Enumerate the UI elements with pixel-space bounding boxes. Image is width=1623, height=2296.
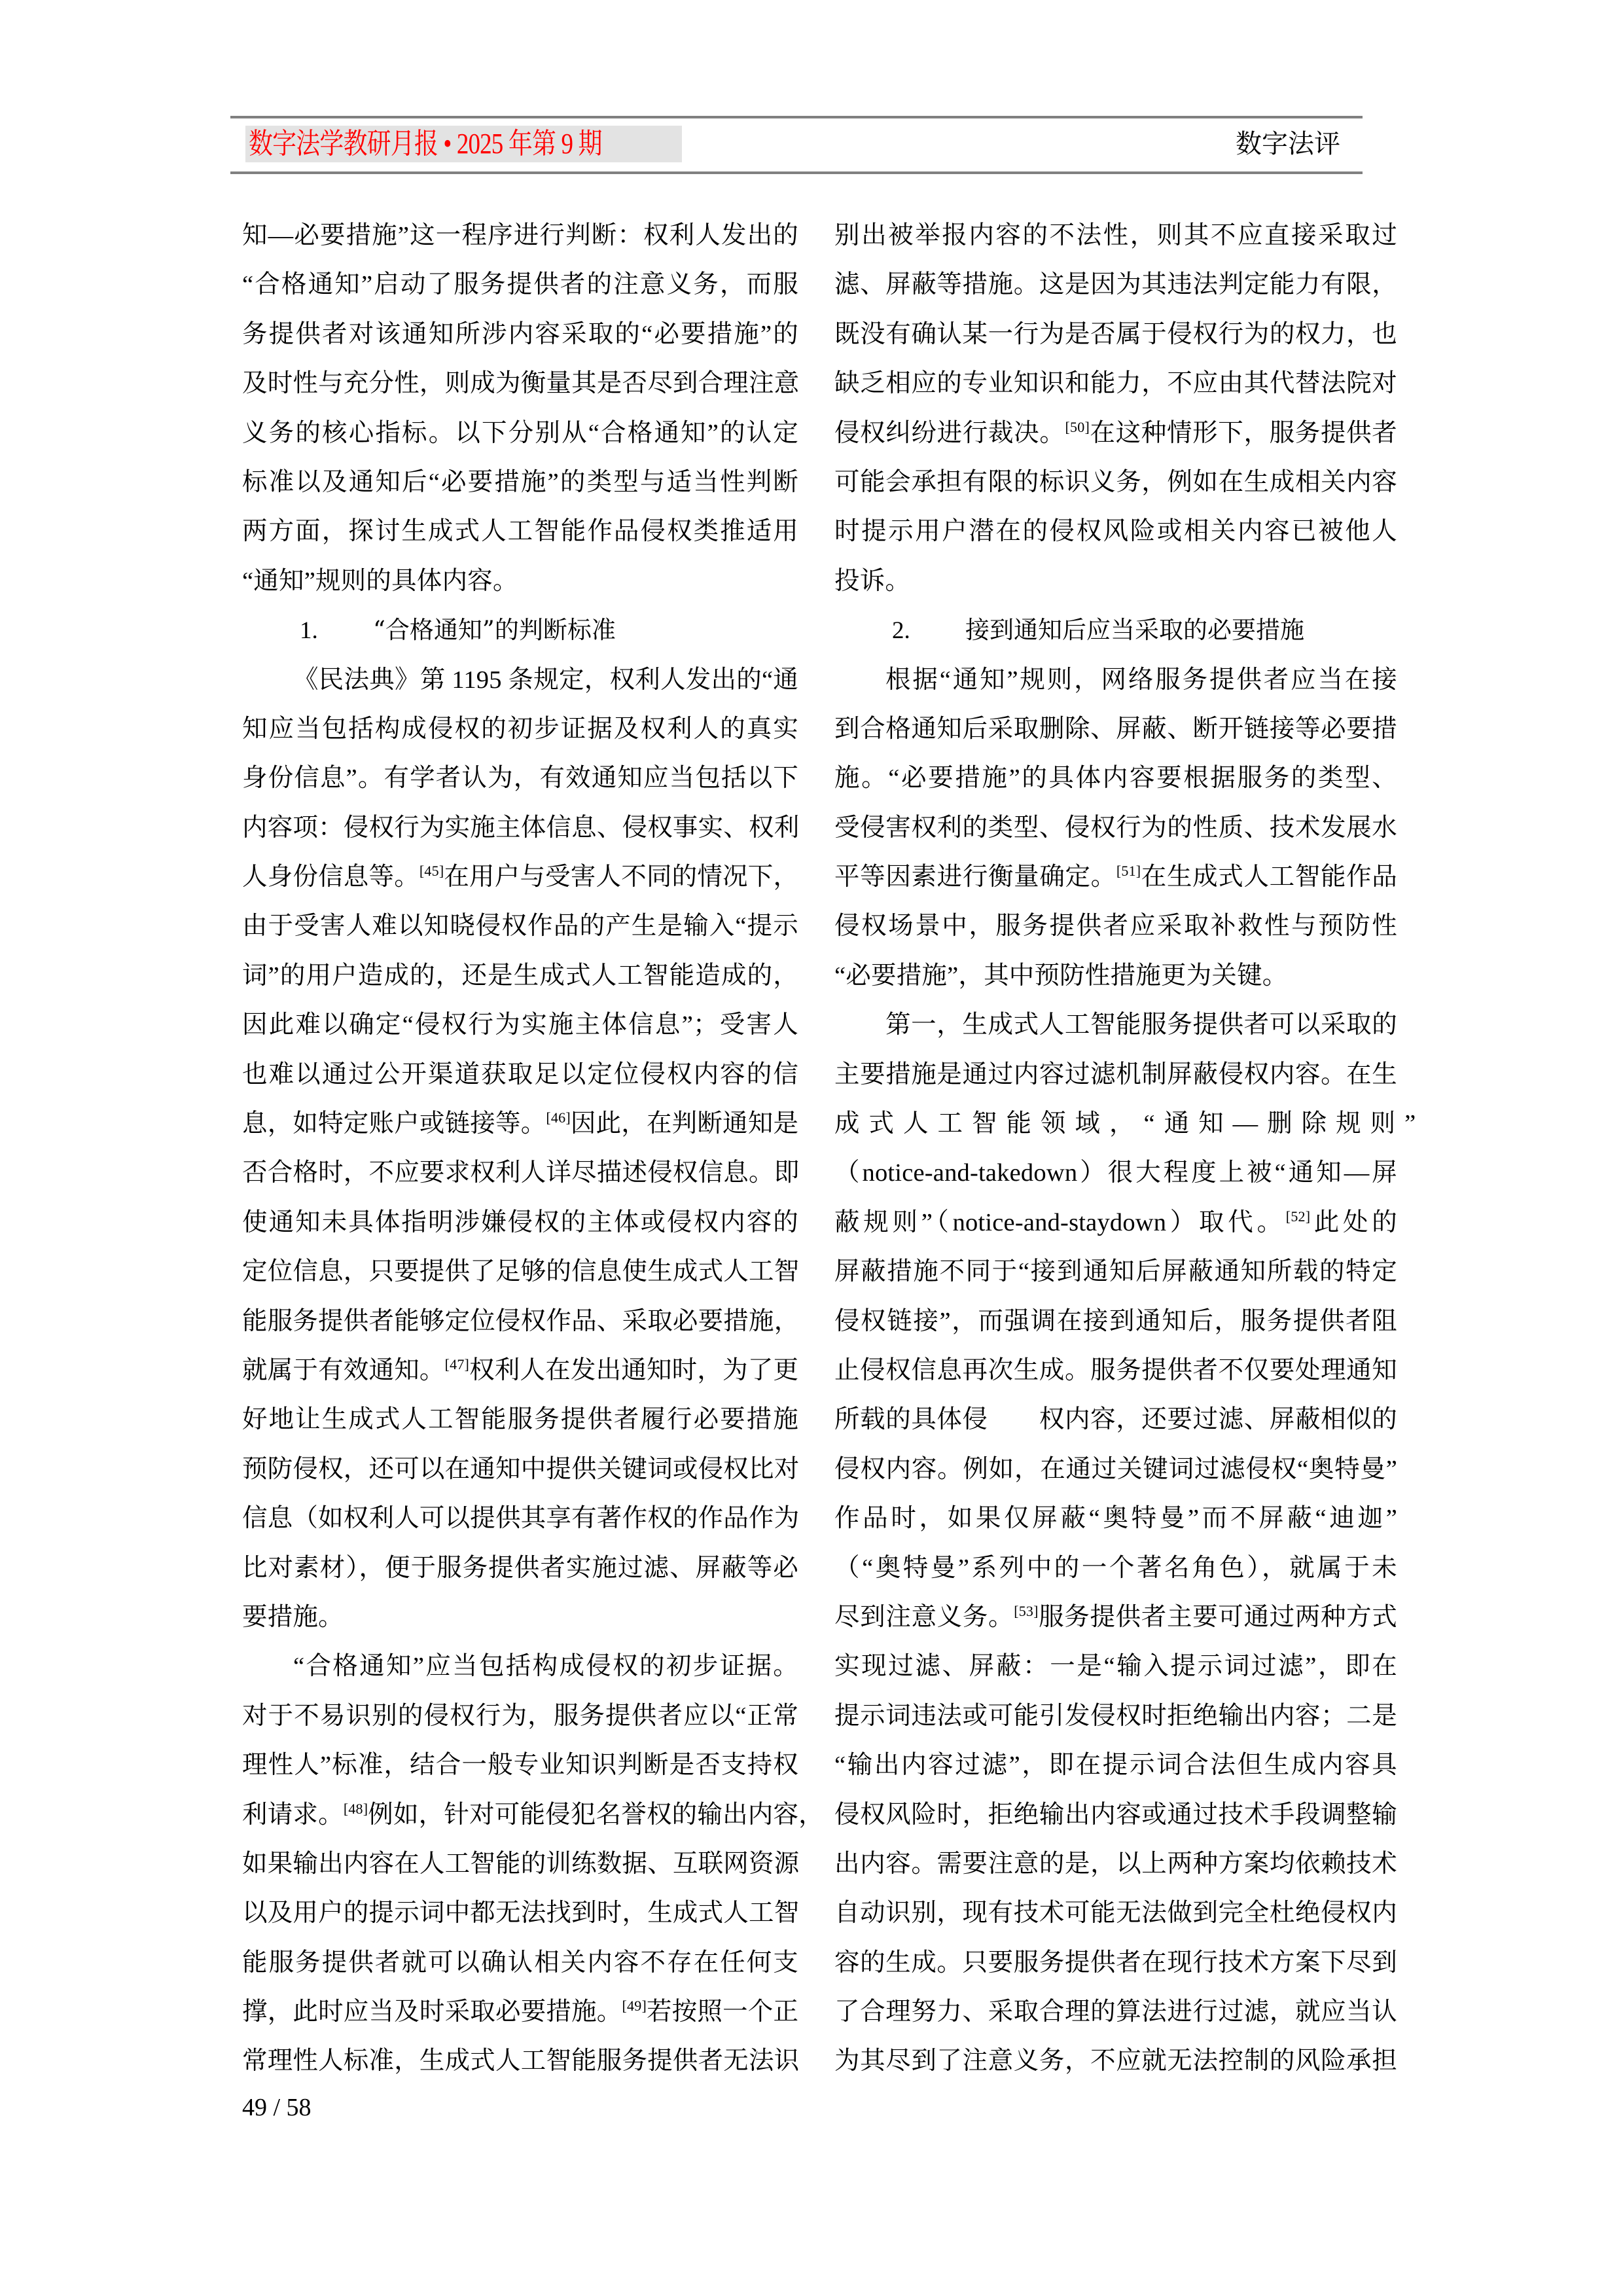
heading-title: 接到通知后应当采取的必要措施 <box>965 616 1304 644</box>
text-line: 常理性人标准，生成式人工智能服务提供者无法识 <box>242 2043 798 2092</box>
text-line: 就属于有效通知。[47]权利人在发出通知时，为了更 <box>242 1352 798 1401</box>
text-line: 为其尽到了注意义务，不应就无法控制的风险承担 <box>834 2043 1397 2092</box>
text-line: 两方面，探讨生成式人工智能作品侵权类推适用 <box>242 513 798 562</box>
text-line: 撑，此时应当及时采取必要措施。[49]若按照一个正 <box>242 1994 798 2043</box>
text-line: （notice-and-takedown）很大程度上被“通知—屏 <box>834 1155 1397 1204</box>
text-span: 若按照一个正 <box>647 1998 798 2026</box>
text-span: 撑，此时应当及时采取必要措施。 <box>242 1998 622 2026</box>
text-line: 以及用户的提示词中都无法找到时，生成式人工智 <box>242 1895 798 1944</box>
text-line: 尽到注意义务。[53]服务提供者主要可通过两种方式 <box>834 1599 1397 1648</box>
text-span: 就属于有效通知。 <box>242 1357 445 1384</box>
text-line: 及时性与充分性，则成为衡量其是否尽到合理注意 <box>242 365 798 414</box>
text-line: 要措施。 <box>242 1599 798 1648</box>
text-span: 在用户与受害人不同的情况下， <box>444 863 798 891</box>
heading-number: 2. <box>892 613 965 649</box>
page-number: 49 / 58 <box>242 2093 312 2122</box>
text-span: 蔽规则”（notice-and-staydown）取代。 <box>834 1209 1286 1236</box>
text-line: 平等因素进行衡量确定。[51]在生成式人工智能作品 <box>834 859 1397 908</box>
text-span: 息，如特定账户或链接等。 <box>242 1110 546 1138</box>
text-line: “通知”规则的具体内容。 <box>242 563 798 612</box>
text-span: 在生成式人工智能作品 <box>1141 863 1397 891</box>
text-line: 务提供者对该通知所涉内容采取的“必要措施”的 <box>242 316 798 365</box>
text-line: 息，如特定账户或链接等。[46]因此，在判断通知是 <box>242 1105 798 1155</box>
text-line: 身份信息”。有学者认为，有效通知应当包括以下 <box>242 760 798 809</box>
text-line: 第一，生成式人工智能服务提供者可以采取的 <box>834 1007 1397 1056</box>
text-line: 侵权场景中，服务提供者应采取补救性与预防性 <box>834 908 1397 957</box>
text-span: 此处的 <box>1310 1209 1397 1236</box>
text-line: 实现过滤、屏蔽：一是“输入提示词过滤”，即在 <box>834 1648 1397 1697</box>
text-line: 作品时，如果仅屏蔽“奥特曼”而不屏蔽“迪迦” <box>834 1500 1397 1549</box>
section-name: 数字法评 <box>1236 126 1340 162</box>
text-line: 内容项：侵权行为实施主体信息、侵权事实、权利 <box>242 810 798 859</box>
text-line: 知应当包括构成侵权的初步证据及权利人的真实 <box>242 711 798 760</box>
text-line: 出内容。需要注意的是，以上两种方案均依赖技术 <box>834 1846 1397 1895</box>
section-heading-1: 1.“合格通知”的判断标准 <box>242 612 798 661</box>
journal-title: 数字法学教研月报 • 2025 年第 9 期 <box>249 126 602 162</box>
text-line: 如果输出内容在人工智能的训练数据、互联网资源 <box>242 1846 798 1895</box>
footnote-ref-49[interactable]: [49] <box>622 1998 647 2014</box>
text-span: 在这种情形下，服务提供者 <box>1090 420 1397 447</box>
footnote-ref-53[interactable]: [53] <box>1014 1603 1038 1619</box>
text-span: 权利人在发出通知时，为了更 <box>469 1357 798 1384</box>
header-bottom-rule <box>230 171 1363 174</box>
text-line: 否合格时，不应要求权利人详尽描述侵权信息。即 <box>242 1155 798 1204</box>
text-line: 理性人”标准，结合一般专业知识判断是否支持权 <box>242 1747 798 1796</box>
text-line: 侵权内容。例如，在通过关键词过滤侵权“奥特曼” <box>834 1451 1397 1500</box>
text-line: 《民法典》第 1195 条规定，权利人发出的“通 <box>242 662 798 711</box>
text-line: 能服务提供者能够定位侵权作品、采取必要措施， <box>242 1303 798 1352</box>
text-line: 定位信息，只要提供了足够的信息使生成式人工智 <box>242 1253 798 1302</box>
footnote-ref-48[interactable]: [48] <box>344 1801 368 1817</box>
text-line: 止侵权信息再次生成。服务提供者不仅要处理通知 <box>834 1352 1397 1401</box>
footnote-ref-46[interactable]: [46] <box>546 1109 570 1126</box>
footnote-ref-52[interactable]: [52] <box>1286 1208 1310 1225</box>
text-line: 信息（如权利人可以提供其享有著作权的作品作为 <box>242 1500 798 1549</box>
text-line: 也难以通过公开渠道获取足以定位侵权内容的信 <box>242 1056 798 1105</box>
heading-number: 1. <box>300 613 373 649</box>
header-top-rule <box>230 116 1363 118</box>
text-line: 词”的用户造成的，还是生成式人工智能造成的， <box>242 958 798 1007</box>
text-line: 侵权风险时，拒绝输出内容或通过技术手段调整输 <box>834 1797 1397 1846</box>
text-line: 知—必要措施”这一程序进行判断：权利人发出的 <box>242 217 798 266</box>
text-line: 侵权链接”，而强调在接到通知后，服务提供者阻 <box>834 1303 1397 1352</box>
text-span: 例如，针对可能侵犯名誉权的输出内容， <box>368 1801 824 1829</box>
text-line: 受侵害权利的类型、侵权行为的性质、技术发展水 <box>834 810 1397 859</box>
text-line: 容的生成。只要服务提供者在现行技术方案下尽到 <box>834 1945 1397 1994</box>
footnote-ref-51[interactable]: [51] <box>1116 863 1141 879</box>
text-line: 主要措施是通过内容过滤机制屏蔽侵权内容。在生 <box>834 1056 1397 1105</box>
text-line: “输出内容过滤”，即在提示词合法但生成内容具 <box>834 1747 1397 1796</box>
text-line: 可能会承担有限的标识义务，例如在生成相关内容 <box>834 464 1397 513</box>
text-line: 自动识别，现有技术可能无法做到完全杜绝侵权内 <box>834 1895 1397 1944</box>
text-span: 人身份信息等。 <box>242 863 419 891</box>
text-line: “合格通知”启动了服务提供者的注意义务，而服 <box>242 266 798 315</box>
text-line: 根据“通知”规则，网络服务提供者应当在接 <box>834 662 1397 711</box>
left-column: 知—必要措施”这一程序进行判断：权利人发出的 “合格通知”启动了服务提供者的注意… <box>242 217 798 2092</box>
footnote-ref-47[interactable]: [47] <box>445 1356 469 1372</box>
text-line: 时提示用户潜在的侵权风险或相关内容已被他人 <box>834 513 1397 562</box>
footnote-ref-50[interactable]: [50] <box>1065 419 1090 435</box>
text-line: 到合格通知后采取删除、屏蔽、断开链接等必要措 <box>834 711 1397 760</box>
text-span: 平等因素进行衡量确定。 <box>834 863 1116 891</box>
text-span: 侵权纠纷进行裁决。 <box>834 420 1065 447</box>
text-line: （“奥特曼”系列中的一个著名角色），就属于未 <box>834 1550 1397 1599</box>
text-line: 侵权纠纷进行裁决。[50]在这种情形下，服务提供者 <box>834 415 1397 464</box>
text-span: 利请求。 <box>242 1801 344 1829</box>
text-span: 尽到注意义务。 <box>834 1604 1014 1631</box>
text-line: 义务的核心指标。以下分别从“合格通知”的认定 <box>242 415 798 464</box>
text-line: “合格通知”应当包括构成侵权的初步证据。 <box>242 1648 798 1697</box>
text-line: 滤、屏蔽等措施。这是因为其违法判定能力有限， <box>834 266 1397 315</box>
text-line: 因此难以确定“侵权行为实施主体信息”；受害人 <box>242 1007 798 1056</box>
text-line: 对于不易识别的侵权行为，服务提供者应以“正常 <box>242 1698 798 1747</box>
text-line: 使通知未具体指明涉嫌侵权的主体或侵权内容的 <box>242 1204 798 1253</box>
text-line: 能服务提供者就可以确认相关内容不存在任何支 <box>242 1945 798 1994</box>
text-line: 提示词违法或可能引发侵权时拒绝输出内容；二是 <box>834 1698 1397 1747</box>
text-line: 施。“必要措施”的具体内容要根据服务的类型、 <box>834 760 1397 809</box>
text-line: 缺乏相应的专业知识和能力，不应由其代替法院对 <box>834 365 1397 414</box>
text-line: 由于受害人难以知晓侵权作品的产生是输入“提示 <box>242 908 798 957</box>
text-line: 蔽规则”（notice-and-staydown）取代。[52]此处的 <box>834 1204 1397 1253</box>
text-line: 预防侵权，还可以在通知中提供关键词或侵权比对 <box>242 1451 798 1500</box>
text-span: 服务提供者主要可通过两种方式 <box>1039 1604 1397 1631</box>
text-line: 既没有确认某一行为是否属于侵权行为的权力，也 <box>834 316 1397 365</box>
text-span: 因此，在判断通知是 <box>571 1110 798 1138</box>
text-line: 成式人工智能领域，“通知—删除规则” <box>834 1105 1397 1155</box>
text-line: 投诉。 <box>834 563 1397 612</box>
footnote-ref-45[interactable]: [45] <box>419 863 444 879</box>
text-line: 别出被举报内容的不法性，则其不应直接采取过 <box>834 217 1397 266</box>
text-line: 了合理努力、采取合理的算法进行过滤，就应当认 <box>834 1994 1397 2043</box>
text-line: 比对素材），便于服务提供者实施过滤、屏蔽等必 <box>242 1550 798 1599</box>
text-line: 所载的具体侵 权内容，还要过滤、屏蔽相似的 <box>834 1401 1397 1450</box>
text-line: 利请求。[48]例如，针对可能侵犯名誉权的输出内容， <box>242 1797 798 1846</box>
text-line: 屏蔽措施不同于“接到通知后屏蔽通知所载的特定 <box>834 1253 1397 1302</box>
text-line: 人身份信息等。[45]在用户与受害人不同的情况下， <box>242 859 798 908</box>
text-line: “必要措施”，其中预防性措施更为关键。 <box>834 958 1397 1007</box>
heading-title: “合格通知”的判断标准 <box>373 616 616 644</box>
section-heading-2: 2.接到通知后应当采取的必要措施 <box>834 612 1397 661</box>
text-line: 标准以及通知后“必要措施”的类型与适当性判断 <box>242 464 798 513</box>
right-column: 别出被举报内容的不法性，则其不应直接采取过 滤、屏蔽等措施。这是因为其违法判定能… <box>834 217 1397 2092</box>
text-line: 好地让生成式人工智能服务提供者履行必要措施 <box>242 1401 798 1450</box>
